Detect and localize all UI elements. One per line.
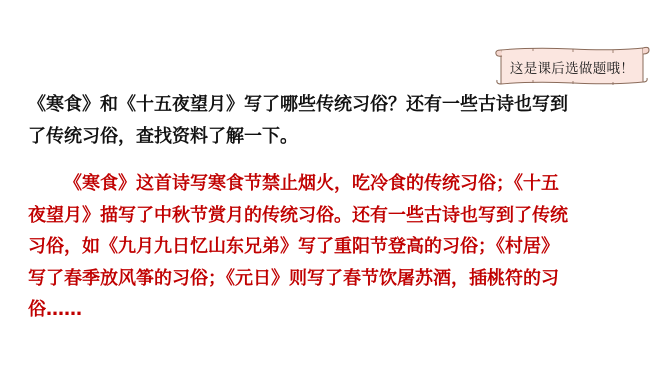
question-line: 《寒食》和《十五夜望月》写了哪些传统习俗？还有一些古诗也写到 bbox=[28, 89, 638, 121]
answer-line: 《寒食》这首诗写寒食节禁止烟火，吃冷食的传统习俗；《十五 bbox=[28, 168, 640, 200]
answer-line: 写了春季放风筝的习俗；《元日》则写了春节饮屠苏酒，插桃符的习 bbox=[28, 263, 640, 295]
answer-text: 《寒食》这首诗写寒食节禁止烟火，吃冷食的传统习俗；《十五 夜望月》描写了中秋节赏… bbox=[28, 168, 640, 326]
optional-exercise-banner: 这是课后选做题哦！ bbox=[493, 44, 651, 88]
question-line: 了传统习俗，查找资料了解一下。 bbox=[28, 121, 638, 153]
answer-line: 俗…… bbox=[28, 294, 640, 326]
answer-line: 习俗，如《九月九日忆山东兄弟》写了重阳节登高的习俗；《村居》 bbox=[28, 231, 640, 263]
answer-line: 夜望月》描写了中秋节赏月的传统习俗。还有一些古诗也写到了传统 bbox=[28, 200, 640, 232]
question-text: 《寒食》和《十五夜望月》写了哪些传统习俗？还有一些古诗也写到 了传统习俗，查找资… bbox=[28, 89, 638, 153]
banner-text: 这是课后选做题哦！ bbox=[501, 57, 643, 77]
